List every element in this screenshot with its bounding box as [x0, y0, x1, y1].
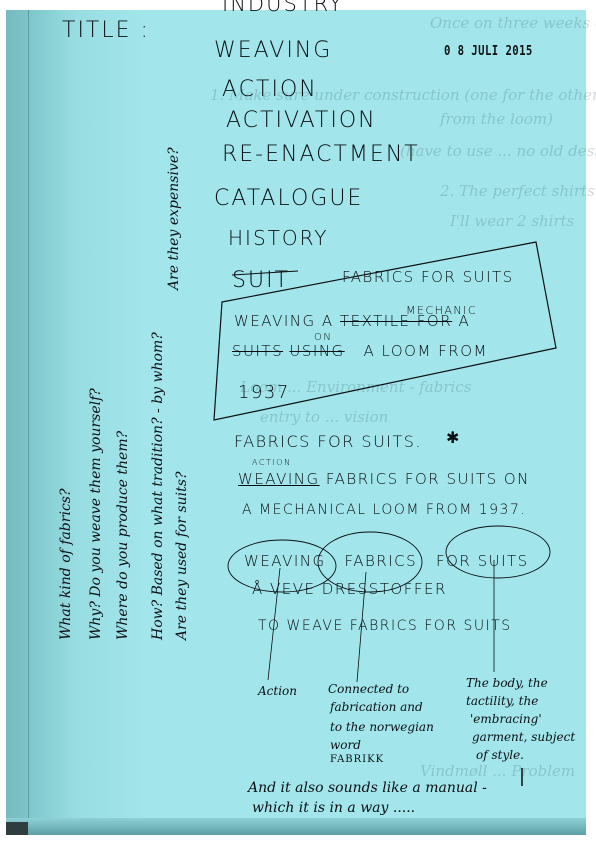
circled-word-fabrics: FABRICS — [344, 552, 417, 570]
circled-phrase-line-1: WEAVING FABRICS FOR SUITS — [244, 552, 529, 570]
vertical-question-how: How? Based on what tradition? - by whom? — [150, 332, 166, 640]
annotation-middle-line: to the norwegian — [330, 720, 434, 734]
circled-word-for-suits: FOR SUITS — [436, 552, 529, 570]
annotation-right-line: 'embracing' — [470, 712, 542, 726]
circled-phrase-line-3: TO WEAVE FABRICS FOR SUITS — [258, 618, 512, 634]
annotation-right-line: The body, the — [466, 676, 548, 690]
closing-note-line-2: which it is in a way ..... — [252, 800, 415, 816]
annotation-right-line: tactility, the — [466, 694, 538, 708]
annotation-middle-line: Connected to — [328, 682, 409, 696]
annotation-right-line: garment, subject — [472, 730, 575, 744]
circled-phrase-line-2-norwegian: Å VEVE DRESSTOFFER — [252, 580, 447, 598]
closing-note-line-1: And it also sounds like a manual - — [248, 780, 487, 796]
annotation-middle-line: fabrication and — [330, 700, 423, 714]
annotation-right-line: of style. — [476, 748, 524, 762]
annotation-middle-line: word — [330, 738, 361, 752]
circled-word-weaving: WEAVING — [244, 552, 326, 570]
vertical-question-fabrics: What kind of fabrics? — [58, 489, 74, 640]
annotation-middle-line: FABRIKK — [330, 754, 384, 765]
vertical-question-why: Why? Do you weave them yourself? — [88, 388, 104, 640]
vertical-question-expensive: Are they expensive? — [166, 147, 182, 290]
annotation-action: Action — [258, 684, 297, 698]
vertical-question-where: Where do you produce them? — [115, 431, 131, 640]
vertical-question-suits: Are they used for suits? — [174, 472, 190, 640]
